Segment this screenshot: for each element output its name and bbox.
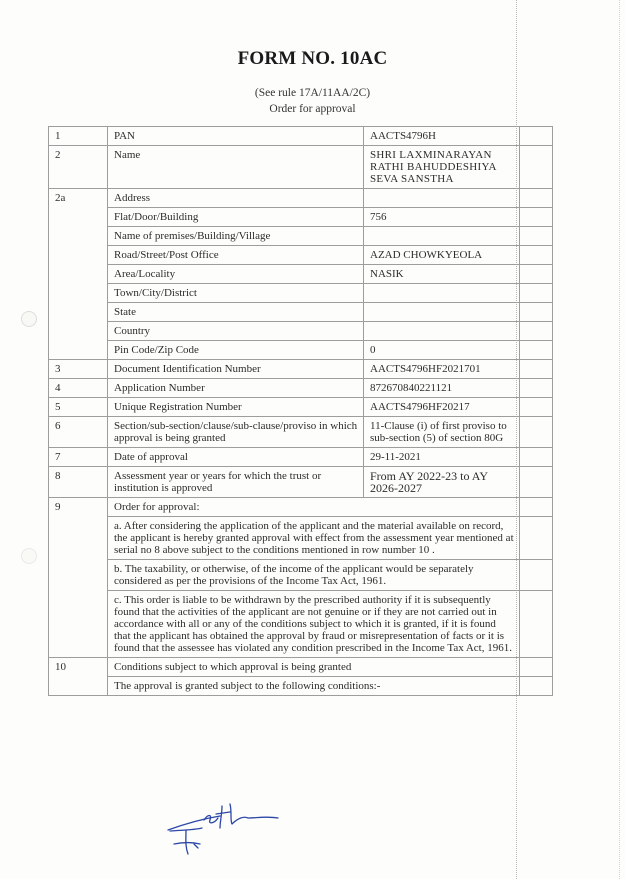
- row-label: Name: [108, 146, 364, 189]
- row-label: PAN: [108, 127, 364, 146]
- row-number: 4: [49, 379, 108, 398]
- form-subtitle: Order for approval: [0, 103, 625, 115]
- address-field-row: Pin Code/Zip Code 0: [49, 341, 553, 360]
- table-row-name: 2 Name SHRI LAXMINARAYAN RATHI BAHUDDESH…: [49, 146, 553, 189]
- table-row-order: 9 Order for approval:: [49, 498, 553, 517]
- address-field-label: Road/Street/Post Office: [108, 246, 364, 265]
- row-label: Document Identification Number: [108, 360, 364, 379]
- punch-hole-mark: [21, 311, 37, 327]
- table-row-assessment-years: 8 Assessment year or years for which the…: [49, 467, 553, 498]
- row-label: Address: [108, 189, 364, 208]
- row-label: Conditions subject to which approval is …: [108, 658, 520, 677]
- row-number: 9: [49, 498, 108, 658]
- address-field-row: Name of premises/Building/Village: [49, 227, 553, 246]
- row-label: Assessment year or years for which the t…: [108, 467, 364, 498]
- section-value: 11-Clause (i) of first proviso to sub-se…: [364, 417, 520, 448]
- row-label: Application Number: [108, 379, 364, 398]
- table-row-conditions: 10 Conditions subject to which approval …: [49, 658, 553, 677]
- table-row-section: 6 Section/sub-section/clause/sub-clause/…: [49, 417, 553, 448]
- handwritten-signature: [160, 800, 290, 860]
- table-row-application-number: 4 Application Number 872670840221121: [49, 379, 553, 398]
- address-field-value: NASIK: [364, 265, 520, 284]
- registration-number-value: AACTS4796HF20217: [364, 398, 520, 417]
- address-field-value: 756: [364, 208, 520, 227]
- order-clause-c: c. This order is liable to be withdrawn …: [108, 591, 520, 658]
- address-field-row: Road/Street/Post Office AZAD CHOWKYEOLA: [49, 246, 553, 265]
- assessment-years-value: From AY 2022-23 to AY 2026-2027: [364, 467, 520, 498]
- address-field-row: State: [49, 303, 553, 322]
- row-number: 3: [49, 360, 108, 379]
- row-number: 1: [49, 127, 108, 146]
- order-clause-row: c. This order is liable to be withdrawn …: [49, 591, 553, 658]
- address-field-value: [364, 227, 520, 246]
- row-number: 2: [49, 146, 108, 189]
- address-field-value: AZAD CHOWKYEOLA: [364, 246, 520, 265]
- date-of-approval-value: 29-11-2021: [364, 448, 520, 467]
- address-field-row: Area/Locality NASIK: [49, 265, 553, 284]
- row-label: Unique Registration Number: [108, 398, 364, 417]
- conditions-intro-row: The approval is granted subject to the f…: [49, 677, 553, 696]
- row-number: 2a: [49, 189, 108, 360]
- row-number: 10: [49, 658, 108, 696]
- table-row-date-of-approval: 7 Date of approval 29-11-2021: [49, 448, 553, 467]
- row-number: 6: [49, 417, 108, 448]
- order-clause-row: a. After considering the application of …: [49, 517, 553, 560]
- address-field-row: Flat/Door/Building 756: [49, 208, 553, 227]
- address-field-value: [364, 303, 520, 322]
- address-field-value: 0: [364, 341, 520, 360]
- rule-reference: (See rule 17A/11AA/2C): [0, 87, 625, 99]
- application-number-value: 872670840221121: [364, 379, 520, 398]
- address-field-value: [364, 322, 520, 341]
- row-number: 8: [49, 467, 108, 498]
- address-field-label: Country: [108, 322, 364, 341]
- address-field-label: Town/City/District: [108, 284, 364, 303]
- table-row-pan: 1 PAN AACTS4796H: [49, 127, 553, 146]
- address-field-label: Flat/Door/Building: [108, 208, 364, 227]
- address-field-row: Town/City/District: [49, 284, 553, 303]
- form-title: FORM NO. 10AC: [0, 48, 625, 70]
- address-field-label: Name of premises/Building/Village: [108, 227, 364, 246]
- address-field-value: [364, 284, 520, 303]
- row-label: Section/sub-section/clause/sub-clause/pr…: [108, 417, 364, 448]
- address-field-label: Area/Locality: [108, 265, 364, 284]
- address-field-label: Pin Code/Zip Code: [108, 341, 364, 360]
- punch-hole-mark: [21, 548, 37, 564]
- name-value: SHRI LAXMINARAYAN RATHI BAHUDDESHIYA SEV…: [364, 146, 520, 189]
- row-label: Date of approval: [108, 448, 364, 467]
- address-field-label: State: [108, 303, 364, 322]
- row-number: 7: [49, 448, 108, 467]
- row-label: Order for approval:: [108, 498, 520, 517]
- address-field-row: Country: [49, 322, 553, 341]
- table-row-document-id: 3 Document Identification Number AACTS47…: [49, 360, 553, 379]
- approval-form-table: 1 PAN AACTS4796H 2 Name SHRI LAXMINARAYA…: [48, 126, 553, 696]
- order-clause-b: b. The taxability, or otherwise, of the …: [108, 560, 520, 591]
- conditions-intro: The approval is granted subject to the f…: [108, 677, 520, 696]
- table-row-registration-number: 5 Unique Registration Number AACTS4796HF…: [49, 398, 553, 417]
- order-clause-a: a. After considering the application of …: [108, 517, 520, 560]
- pan-value: AACTS4796H: [364, 127, 520, 146]
- scan-artifact-line: [619, 0, 620, 879]
- document-id-value: AACTS4796HF2021701: [364, 360, 520, 379]
- order-clause-row: b. The taxability, or otherwise, of the …: [49, 560, 553, 591]
- table-row-address: 2a Address: [49, 189, 553, 208]
- row-number: 5: [49, 398, 108, 417]
